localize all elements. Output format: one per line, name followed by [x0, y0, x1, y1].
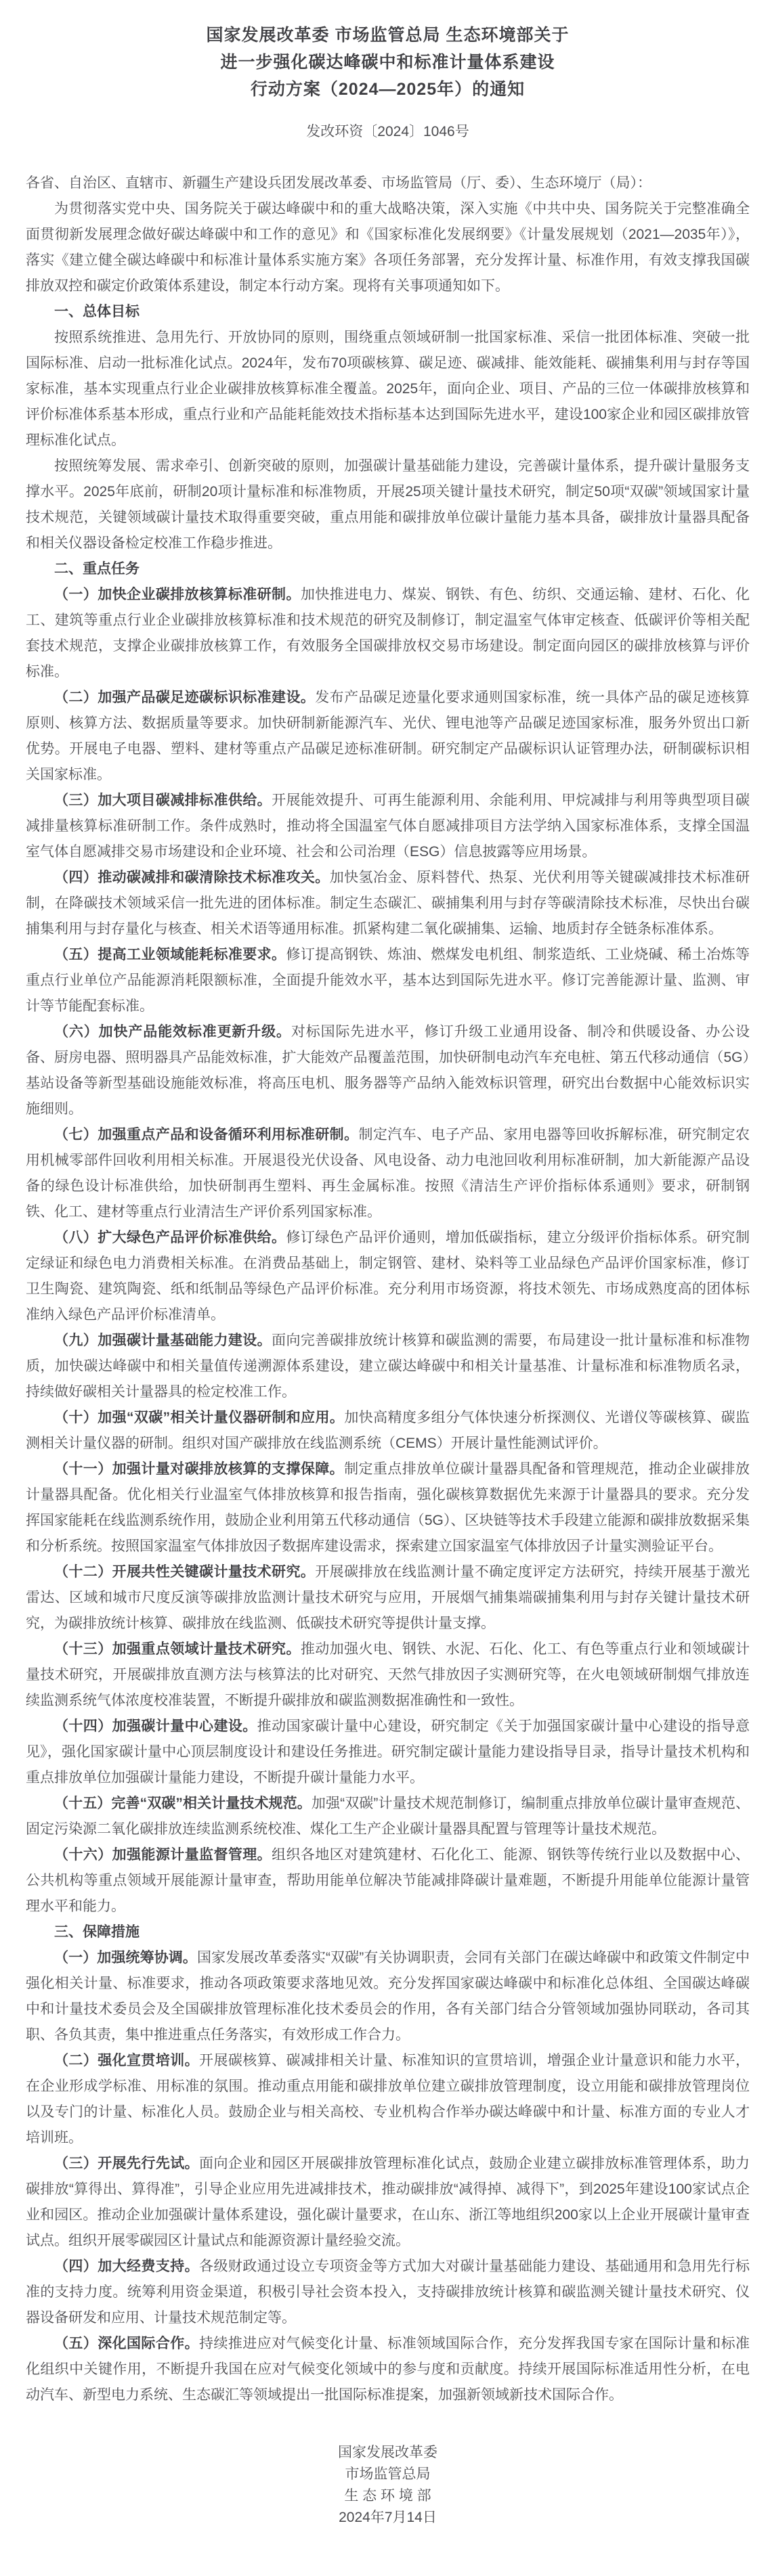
- task-item: （一）加强统筹协调。国家发展改革委落实“双碳”有关协调职责，会同有关部门在碳达峰…: [26, 1945, 750, 2048]
- task-item: （十四）加强碳计量中心建设。推动国家碳计量中心建设，研究制定《关于加强国家碳计量…: [26, 1714, 750, 1791]
- section-paragraph: 按照系统推进、急用先行、开放协同的原则，围绕重点领域研制一批国家标准、采信一批团…: [26, 325, 750, 453]
- task-item-title: （五）深化国际合作。: [54, 2336, 199, 2351]
- page-title: 国家发展改革委 市场监管总局 生态环境部关于 进一步强化碳达峰碳中和标准计量体系…: [26, 22, 750, 103]
- task-item: （九）加强碳计量基础能力建设。面向完善碳排放统计核算和碳监测的需要，布局建设一批…: [26, 1328, 750, 1405]
- intro-paragraph: 为贯彻落实党中央、国务院关于碳达峰碳中和的重大战略决策，深入实施《中共中央、国务…: [26, 196, 750, 299]
- task-item-title: （三）加大项目碳减排标准供给。: [54, 793, 272, 808]
- task-item: （十五）完善“双碳”相关计量技术规范。加强“双碳”计量技术规范制修订，编制重点排…: [26, 1791, 750, 1842]
- notice-document: 国家发展改革委 市场监管总局 生态环境部关于 进一步强化碳达峰碳中和标准计量体系…: [0, 0, 770, 2576]
- title-line-1: 国家发展改革委 市场监管总局 生态环境部关于: [26, 22, 750, 49]
- task-item-title: （九）加强碳计量基础能力建设。: [54, 1333, 272, 1348]
- title-line-2: 进一步强化碳达峰碳中和标准计量体系建设: [26, 49, 750, 76]
- task-item: （十）加强“双碳”相关计量仪器研制和应用。加快高精度多组分气体快速分析探测仪、光…: [26, 1405, 750, 1457]
- doc-number: 发改环资〔2024〕1046号: [26, 119, 750, 145]
- task-item: （四）加大经费支持。各级财政通过设立专项资金等方式加大对碳计量基础能力建设、基础…: [26, 2254, 750, 2331]
- task-item-title: （七）加强重点产品和设备循环利用标准研制。: [54, 1127, 359, 1142]
- task-item: （五）深化国际合作。持续推进应对气候变化计量、标准领域国际合作，充分发挥我国专家…: [26, 2331, 750, 2408]
- task-item-title: （一）加快企业碳排放核算标准研制。: [54, 587, 301, 602]
- task-item-title: （十）加强“双碳”相关计量仪器研制和应用。: [54, 1410, 344, 1425]
- task-item: （五）提高工业领域能耗标准要求。修订提高钢铁、炼油、燃煤发电机组、制浆造纸、工业…: [26, 942, 750, 1019]
- notice-body: 各省、自治区、直辖市、新疆生产建设兵团发展改革委、市场监管局（厅、委）、生态环境…: [26, 171, 750, 2529]
- task-item: （十二）开展共性关键碳计量技术研究。开展碳排放在线监测计量不确定度评定方法研究，…: [26, 1559, 750, 1637]
- section-heading-2: 二、重点任务: [26, 556, 750, 582]
- task-item: （六）加快产品能效标准更新升级。对标国际先进水平，修订升级工业通用设备、制冷和供…: [26, 1019, 750, 1122]
- task-item: （三）加大项目碳减排标准供给。开展能效提升、可再生能源利用、余能利用、甲烷减排与…: [26, 788, 750, 865]
- signature-date: 2024年7月14日: [26, 2507, 750, 2529]
- task-item: （十一）加强计量对碳排放核算的支撑保障。制定重点排放单位碳计量器具配备和管理规范…: [26, 1457, 750, 1559]
- task-item-title: （十三）加强重点领域计量技术研究。: [54, 1641, 301, 1657]
- task-item-title: （五）提高工业领域能耗标准要求。: [54, 947, 286, 962]
- task-item-title: （十六）加强能源计量监督管理。: [54, 1847, 272, 1863]
- section-heading-1: 一、总体目标: [26, 299, 750, 325]
- task-item-title: （一）加强统筹协调。: [54, 1950, 197, 1966]
- task-item-title: （四）推动碳减排和碳清除技术标准攻关。: [54, 870, 330, 885]
- title-line-3: 行动方案（2024—2025年）的通知: [26, 76, 750, 103]
- task-item-title: （四）加大经费支持。: [54, 2259, 199, 2274]
- notice-header: 国家发展改革委 市场监管总局 生态环境部关于 进一步强化碳达峰碳中和标准计量体系…: [26, 22, 750, 145]
- task-item: （二）加强产品碳足迹碳标识标准建设。发布产品碳足迹量化要求通则国家标准，统一具体…: [26, 685, 750, 788]
- task-item: （十六）加强能源计量监督管理。组织各地区对建筑建材、石化化工、能源、钢铁等传统行…: [26, 1842, 750, 1919]
- signature-block: 国家发展改革委市场监管总局生 态 环 境 部2024年7月14日: [26, 2442, 750, 2529]
- task-item: （二）强化宣贯培训。开展碳核算、碳减排相关计量、标准知识的宣贯培训，增强企业计量…: [26, 2048, 750, 2151]
- task-item: （八）扩大绿色产品评价标准供给。修订绿色产品评价通则，增加低碳指标，建立分级评价…: [26, 1225, 750, 1328]
- sections-container: 一、总体目标按照系统推进、急用先行、开放协同的原则，围绕重点领域研制一批国家标准…: [26, 299, 750, 2408]
- task-item-title: （十四）加强碳计量中心建设。: [54, 1718, 257, 1734]
- task-item: （一）加快企业碳排放核算标准研制。加快推进电力、煤炭、钢铁、有色、纺织、交通运输…: [26, 582, 750, 685]
- task-item-title: （十五）完善“双碳”相关计量技术规范。: [54, 1796, 312, 1811]
- section-heading-3: 三、保障措施: [26, 1919, 750, 1945]
- task-item: （四）推动碳减排和碳清除技术标准攻关。加快氢冶金、原料替代、热泵、光伏利用等关键…: [26, 865, 750, 942]
- task-item-title: （三）开展先行先试。: [54, 2156, 199, 2171]
- signature-agency: 国家发展改革委: [26, 2442, 750, 2464]
- task-item: （七）加强重点产品和设备循环利用标准研制。制定汽车、电子产品、家用电器等回收拆解…: [26, 1122, 750, 1225]
- task-item: （十三）加强重点领域计量技术研究。推动加强火电、钢铁、水泥、石化、化工、有色等重…: [26, 1637, 750, 1714]
- task-item-title: （六）加快产品能效标准更新升级。: [54, 1024, 291, 1040]
- signature-agency: 生 态 环 境 部: [26, 2485, 750, 2507]
- section-paragraph: 按照统筹发展、需求牵引、创新突破的原则，加强碳计量基础能力建设，完善碳计量体系，…: [26, 453, 750, 556]
- task-item: （三）开展先行先试。面向企业和园区开展碳排放管理标准化试点，鼓励企业建立碳排放标…: [26, 2151, 750, 2254]
- task-item-title: （二）加强产品碳足迹碳标识标准建设。: [54, 690, 315, 705]
- task-item-title: （八）扩大绿色产品评价标准供给。: [54, 1230, 286, 1245]
- signature-agency: 市场监管总局: [26, 2464, 750, 2485]
- task-item-title: （十二）开展共性关键碳计量技术研究。: [54, 1564, 315, 1580]
- task-item-title: （二）强化宣贯培训。: [54, 2053, 199, 2068]
- task-item-title: （十一）加强计量对碳排放核算的支撑保障。: [54, 1461, 344, 1477]
- recipients-line: 各省、自治区、直辖市、新疆生产建设兵团发展改革委、市场监管局（厅、委）、生态环境…: [26, 171, 750, 196]
